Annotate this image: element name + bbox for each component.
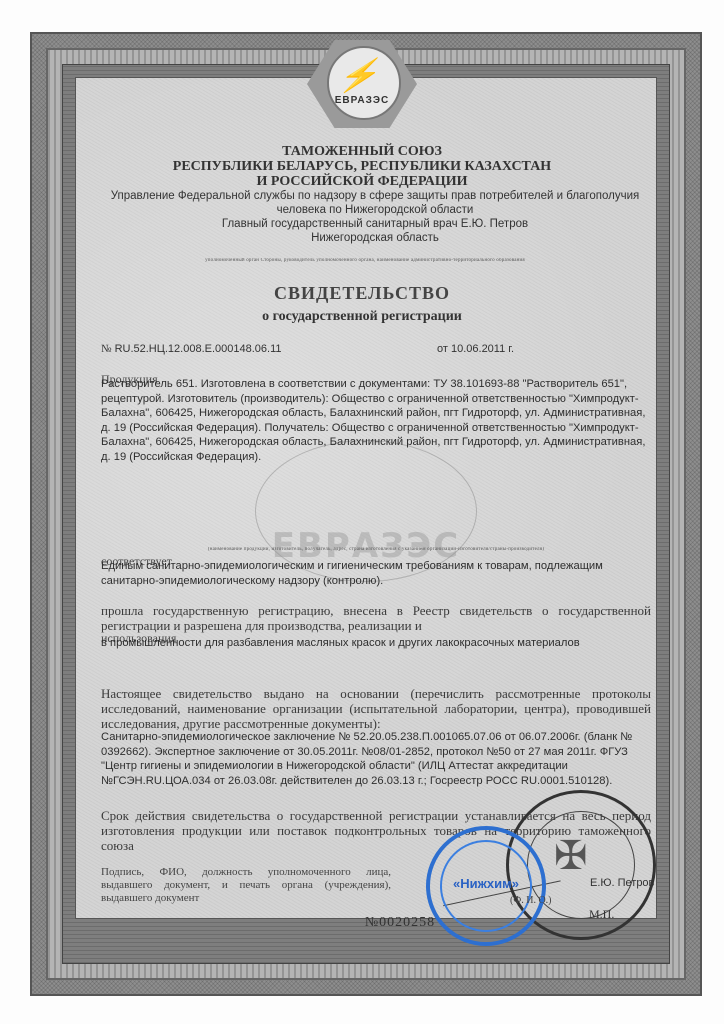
signature-caption: Подпись, ФИО, должность уполномоченного …: [101, 866, 391, 905]
compliance-section: соответствует Единым санитарно-эпидемиол…: [101, 556, 651, 588]
authority-caption: уполномоченный орган Стороны, руководите…: [120, 258, 610, 263]
registration-statement: прошла государственную регистрацию, внес…: [101, 603, 651, 633]
number-value: RU.52.НЦ.12.008.Е.000148.06.11: [115, 343, 282, 355]
usage-text: в промышленности для разбавления масляны…: [101, 637, 580, 649]
number-label: №: [101, 343, 112, 355]
agency-line-2: человека по Нижегородской области: [95, 203, 655, 217]
product-section: Продукция Растворитель 651. Изготовлена …: [101, 374, 651, 464]
date-label: от: [437, 343, 448, 355]
date-value: 10.06.2011 г.: [451, 343, 514, 355]
product-text: Растворитель 651. Изготовлена в соответс…: [101, 378, 645, 463]
seal-label: М.П.: [589, 907, 614, 922]
agency-line-4: Нижегородская область: [95, 231, 655, 245]
emblem-label: ЕВРАЗЭС: [307, 95, 417, 106]
eagle-emblem-icon: ✠: [554, 833, 588, 879]
product-caption: (наименование продукции, изготовитель, п…: [101, 547, 651, 552]
agency-line-3: Главный государственный санитарный врач …: [95, 217, 655, 231]
certificate-title: СВИДЕТЕЛЬСТВО: [100, 283, 624, 304]
certificate-subtitle: о государственной регистрации: [100, 309, 624, 325]
serial-number: №0020258: [300, 915, 500, 931]
evrazes-emblem: ⚡ ЕВРАЗЭС: [307, 40, 417, 128]
basis-text: Санитарно-эпидемиологическое заключение …: [101, 730, 661, 788]
compliance-text: Единым санитарно-эпидемиологическим и ги…: [101, 560, 603, 587]
agency-line-1: Управление Федеральной службы по надзору…: [95, 189, 655, 203]
basis-intro: Настоящее свидетельство выдано на основа…: [101, 686, 651, 731]
certificate-date: от 10.06.2011 г.: [437, 343, 514, 355]
usage-section: использования в промышленности для разба…: [101, 633, 651, 651]
signer-name: Е.Ю. Петров: [590, 877, 654, 889]
union-title-line-3: И РОССИЙСКОЙ ФЕДЕРАЦИИ: [100, 174, 624, 189]
compliance-label: соответствует: [101, 556, 651, 559]
usage-label: использования: [101, 633, 651, 636]
fio-caption: (Ф. И. О.): [510, 895, 552, 906]
union-title-line-2: РЕСПУБЛИКИ БЕЛАРУСЬ, РЕСПУБЛИКИ КАЗАХСТА…: [100, 159, 624, 174]
company-stamp-name: «Нижхим»: [430, 876, 542, 891]
product-label: Продукция: [101, 374, 651, 377]
certificate-number: № RU.52.НЦ.12.008.Е.000148.06.11: [101, 343, 282, 355]
union-title-line-1: ТАМОЖЕННЫЙ СОЮЗ: [100, 144, 624, 159]
